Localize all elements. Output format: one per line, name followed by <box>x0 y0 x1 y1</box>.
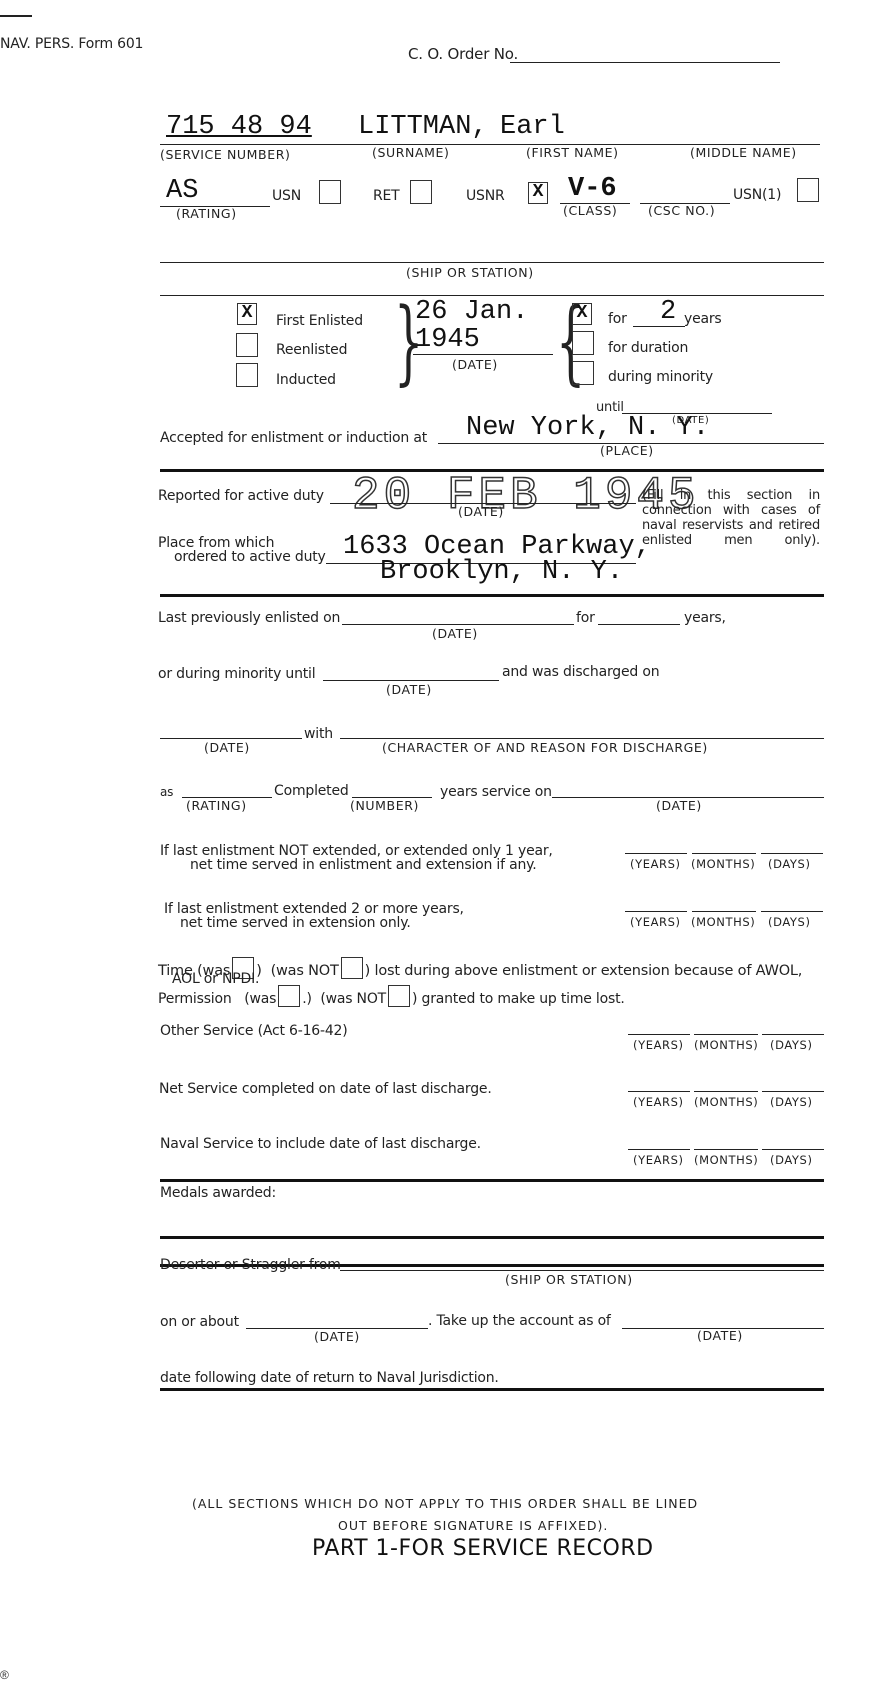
permission-row: Permission (was.) (was NOT) granted to m… <box>158 985 625 1007</box>
time-row-4-label: Net Service completed on date of last di… <box>159 1081 492 1097</box>
with-label: with <box>304 726 333 742</box>
rating-caption: (RATING) <box>176 206 237 221</box>
ret-checkbox[interactable] <box>410 180 432 204</box>
form-number: NAV. PERS. Form 601 <box>0 36 143 52</box>
time-row-5-label: Naval Service to include date of last di… <box>160 1136 481 1152</box>
service-number-caption: (SERVICE NUMBER) <box>160 147 290 162</box>
row4-months-line[interactable] <box>694 1091 758 1092</box>
medals-label: Medals awarded: <box>160 1185 276 1201</box>
time-row-2-line2: net time served in extension only. <box>180 915 411 931</box>
accepted-label: Accepted for enlistment or induction at <box>160 430 427 446</box>
row1-months-caption: (MONTHS) <box>691 857 755 871</box>
discharge-character-line[interactable] <box>340 738 824 739</box>
usnr-checkbox[interactable]: X <box>528 182 548 204</box>
row3-days-caption: (DAYS) <box>770 1038 813 1052</box>
row1-years-line[interactable] <box>625 853 687 854</box>
row2-days-line[interactable] <box>761 911 823 912</box>
for-label: for <box>576 610 595 626</box>
inducted-checkbox[interactable] <box>236 363 258 387</box>
reported-date-caption: (DATE) <box>458 504 504 519</box>
row5-months-line[interactable] <box>694 1149 758 1150</box>
time-row-1-line2: net time served in enlistment and extens… <box>190 857 536 873</box>
surname-caption: (SURNAME) <box>372 145 450 160</box>
discharged-label: and was discharged on <box>502 664 659 680</box>
rating-value: AS <box>166 176 198 206</box>
reenlisted-label: Reenlisted <box>276 342 347 358</box>
permission-granted-text: ) granted to make up time lost. <box>412 991 625 1007</box>
paren: .) <box>302 991 312 1007</box>
row1-days-line[interactable] <box>761 853 823 854</box>
reservist-note: (Fill in this section in connection with… <box>642 488 820 548</box>
completed-number-caption: (NUMBER) <box>350 798 419 813</box>
minority-until-date-line[interactable] <box>323 680 499 681</box>
accepted-place-caption: (PLACE) <box>600 443 654 458</box>
last-enlisted-date-line[interactable] <box>342 624 574 625</box>
term-years-label: years <box>684 311 722 327</box>
years-service-date-caption: (DATE) <box>656 798 702 813</box>
minority-checkbox[interactable] <box>572 361 594 385</box>
ship-station-caption: (SHIP OR STATION) <box>406 265 534 280</box>
row5-days-caption: (DAYS) <box>770 1153 813 1167</box>
term-for-label: for <box>608 311 627 327</box>
as-rating-caption: (RATING) <box>186 798 247 813</box>
usn1-checkbox[interactable] <box>797 178 819 202</box>
first-name-value: Earl <box>500 112 565 142</box>
was-label: (was <box>244 991 276 1007</box>
return-jurisdiction-label: date following date of return to Naval J… <box>160 1370 499 1386</box>
row5-years-caption: (YEARS) <box>633 1153 684 1167</box>
middle-name-caption: (MIDDLE NAME) <box>690 145 797 160</box>
enlistment-date-caption: (DATE) <box>452 357 498 372</box>
minority-until-label: or during minority until <box>158 666 315 682</box>
deserter-label: Deserter or Straggler from <box>160 1257 341 1273</box>
corner-rule <box>0 15 32 17</box>
row5-years-line[interactable] <box>628 1149 690 1150</box>
as-label: as <box>160 785 173 799</box>
enlistment-date-line2: 1945 <box>415 325 480 355</box>
section-divider <box>160 594 824 597</box>
service-number-value: 715 48 94 <box>166 112 312 142</box>
duration-label: for duration <box>608 340 688 356</box>
duration-checkbox[interactable] <box>572 331 594 355</box>
union-label-icon: ® <box>0 1668 9 1682</box>
row1-days-caption: (DAYS) <box>768 857 811 871</box>
row5-days-line[interactable] <box>762 1149 824 1150</box>
row3-years-line[interactable] <box>628 1034 690 1035</box>
medals-top-rule <box>160 1179 824 1182</box>
co-order-label: C. O. Order No. <box>408 45 518 63</box>
row1-months-line[interactable] <box>692 853 756 854</box>
usn-label: USN <box>272 188 301 204</box>
row4-years-caption: (YEARS) <box>633 1095 684 1109</box>
deserter-ship-line[interactable] <box>340 1270 824 1271</box>
instruction-line1: (ALL SECTIONS WHICH DO NOT APPLY TO THIS… <box>192 1496 698 1511</box>
term-years-checkbox[interactable]: X <box>572 303 592 325</box>
usn-checkbox[interactable] <box>319 180 341 204</box>
reported-label: Reported for active duty <box>158 488 324 504</box>
on-about-label: on or about <box>160 1314 239 1330</box>
first-enlisted-checkbox[interactable]: X <box>237 303 257 325</box>
usn1-label: USN(1) <box>733 187 781 203</box>
time-row-3-label: Other Service (Act 6-16-42) <box>160 1023 348 1039</box>
place-label-line2: ordered to active duty <box>174 549 326 565</box>
years-label: years, <box>684 610 726 626</box>
row3-years-caption: (YEARS) <box>633 1038 684 1052</box>
class-value: V-6 <box>568 174 617 204</box>
time-was-not-checkbox[interactable] <box>341 957 363 979</box>
row4-years-line[interactable] <box>628 1091 690 1092</box>
last-enlisted-label: Last previously enlisted on <box>158 610 340 626</box>
section-divider <box>160 1388 824 1391</box>
reenlisted-checkbox[interactable] <box>236 333 258 357</box>
term-years-value: 2 <box>660 297 676 327</box>
inducted-label: Inducted <box>276 372 336 388</box>
enlistment-date-line[interactable] <box>413 354 553 355</box>
term-years-line[interactable] <box>633 326 685 327</box>
take-up-label: . Take up the account as of <box>428 1313 611 1329</box>
place-value-line2: Brooklyn, N. Y. <box>380 557 623 587</box>
time-lost-text: ) lost during above enlistment or extens… <box>365 963 803 979</box>
row2-years-line[interactable] <box>625 911 687 912</box>
last-enlisted-date-caption: (DATE) <box>432 626 478 641</box>
row2-months-caption: (MONTHS) <box>691 915 755 929</box>
medals-field-line[interactable] <box>160 1236 824 1239</box>
row3-months-line[interactable] <box>694 1034 758 1035</box>
permission-was-not-checkbox[interactable] <box>388 985 410 1007</box>
take-up-date-caption: (DATE) <box>697 1328 743 1343</box>
csc-caption: (CSC NO.) <box>648 203 715 218</box>
permission-label: Permission <box>158 991 232 1007</box>
co-order-field[interactable] <box>510 62 780 63</box>
row2-months-line[interactable] <box>692 911 756 912</box>
row3-days-line[interactable] <box>762 1034 824 1035</box>
enlistment-date-line1: 26 Jan. <box>415 297 528 327</box>
row4-days-caption: (DAYS) <box>770 1095 813 1109</box>
row5-months-caption: (MONTHS) <box>694 1153 758 1167</box>
first-enlisted-label: First Enlisted <box>276 313 363 329</box>
time-was-not-label: (was NOT <box>271 963 339 979</box>
surname-value: LITTMAN, <box>358 112 488 142</box>
part-title: PART 1-FOR SERVICE RECORD <box>312 1536 654 1561</box>
permission-was-not-label: (was NOT <box>320 991 386 1007</box>
discharge-character-caption: (CHARACTER OF AND REASON FOR DISCHARGE) <box>382 740 708 755</box>
class-caption: (CLASS) <box>563 203 617 218</box>
deserter-ship-caption: (SHIP OR STATION) <box>505 1272 633 1287</box>
minority-label: during minority <box>608 369 713 385</box>
row2-days-caption: (DAYS) <box>768 915 811 929</box>
ship-station-rule <box>160 295 824 296</box>
row4-months-caption: (MONTHS) <box>694 1095 758 1109</box>
row1-years-caption: (YEARS) <box>630 857 681 871</box>
for-years-line[interactable] <box>598 624 680 625</box>
row4-days-line[interactable] <box>762 1091 824 1092</box>
on-about-date-caption: (DATE) <box>314 1329 360 1344</box>
row3-months-caption: (MONTHS) <box>694 1038 758 1052</box>
permission-was-checkbox[interactable] <box>278 985 300 1007</box>
ship-station-line[interactable] <box>160 262 824 263</box>
discharge-date-caption: (DATE) <box>204 740 250 755</box>
minority-until-date-caption: (DATE) <box>386 682 432 697</box>
completed-label: Completed <box>274 783 349 799</box>
until-date-caption: (DATE) <box>672 415 709 426</box>
discharge-date-line[interactable] <box>160 738 302 739</box>
usnr-label: USNR <box>466 188 505 204</box>
instruction-line2: OUT BEFORE SIGNATURE IS AFFIXED). <box>338 1518 608 1533</box>
years-service-label: years service on <box>440 784 552 800</box>
first-name-caption: (FIRST NAME) <box>526 145 619 160</box>
row2-years-caption: (YEARS) <box>630 915 681 929</box>
ret-label: RET <box>373 188 400 204</box>
